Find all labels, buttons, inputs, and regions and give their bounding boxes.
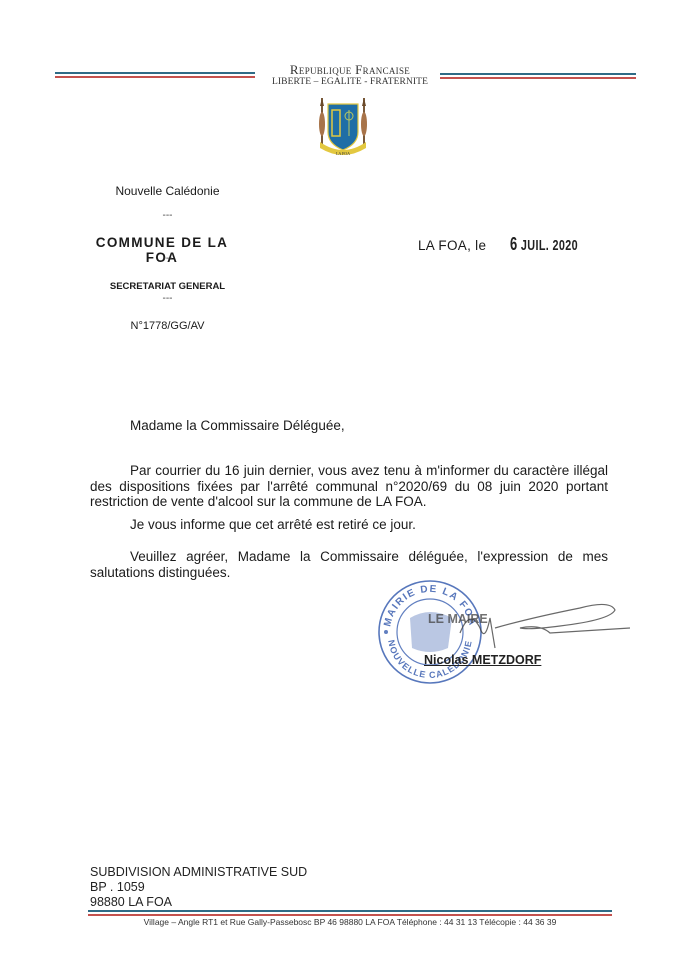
reference-number: N°1778/GG/AV [80, 320, 255, 332]
letter-salutation: Madame la Commissaire Déléguée, [130, 418, 345, 433]
dateline-place: LA FOA, le [418, 238, 486, 253]
date-stamp: 6 JUIL. 2020 [510, 234, 578, 255]
republic-motto: LIBERTE – EGALITE - FRATERNITE [250, 77, 450, 87]
footer-contact-line: Village – Angle RT1 et Rue Gally-Passebo… [88, 917, 612, 927]
coat-of-arms-icon: LA FOA [316, 96, 370, 160]
republic-title: Republique Francaise [250, 62, 450, 78]
date-stamp-day: 6 [510, 234, 518, 254]
separator: --- [80, 253, 255, 264]
letter-paragraph: Veuillez agréer, Madame la Commissaire d… [90, 549, 608, 580]
header-tricolor-left [55, 72, 255, 78]
sender-department: SECRETARIAT GENERAL [80, 281, 255, 292]
header-tricolor-right [440, 73, 636, 79]
footer-address-line: BP . 1059 [90, 880, 145, 895]
date-stamp-month-year: JUIL. 2020 [521, 237, 578, 254]
footer-address-line: 98880 LA FOA [90, 895, 172, 910]
letter-paragraph: Je vous informe que cet arrêté est retir… [90, 517, 608, 533]
separator: --- [80, 293, 255, 304]
separator: --- [80, 210, 255, 221]
signatory-name: Nicolas METZDORF [424, 653, 541, 667]
sender-territory: Nouvelle Calédonie [80, 184, 255, 198]
footer-tricolor-line [88, 910, 612, 916]
signatory-title: LE MAIRE [428, 612, 488, 626]
svg-text:LA FOA: LA FOA [336, 151, 350, 156]
footer-address-line: SUBDIVISION ADMINISTRATIVE SUD [90, 865, 307, 880]
letter-paragraph: Par courrier du 16 juin dernier, vous av… [90, 463, 608, 510]
